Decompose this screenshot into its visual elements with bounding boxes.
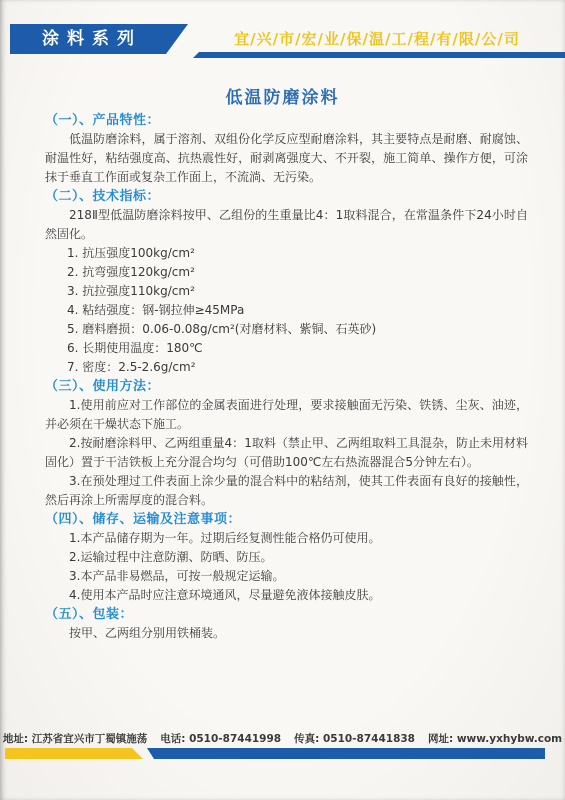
paragraph: 3.本产品非易燃品，可按一般规定运输。 xyxy=(45,567,528,586)
paragraph: 3.在预处理过工件表面上涂少量的混合料中的粘结剂，使其工件表面有良好的接触性，然… xyxy=(45,472,528,510)
spec-item: 2. 抗弯强度120kg/cm² xyxy=(67,263,528,282)
spec-item: 6. 长期使用温度：180℃ xyxy=(67,339,528,358)
paragraph: 1.使用前应对工作部位的金属表面进行处理，要求接触面无污染、铁锈、尘灰、油迹，并… xyxy=(45,396,528,434)
section-heading: （五）、包装： xyxy=(45,605,528,624)
document-page: 涂料系列 宜/兴/市/宏/业/保/温/工/程/有/限/公/司 低温防磨涂料 （一… xyxy=(0,0,565,800)
footer-fax: 传真: 0510-87441838 xyxy=(294,731,415,746)
spec-item: 5. 磨料磨损：0.06-0.08g/cm²(对磨材料、紫铜、石英砂) xyxy=(67,320,528,339)
section-usage-instructions: （三）、使用方法： 1.使用前应对工作部位的金属表面进行处理，要求接触面无污染、… xyxy=(45,377,528,510)
footer-phone: 电话: 0510-87441998 xyxy=(160,731,281,746)
paragraph: 2.按耐磨涂料甲、乙两组重量4：1取料（禁止甲、乙两组取料工具混杂，防止未用材料… xyxy=(45,434,528,472)
section-heading: （二）、技术指标： xyxy=(45,187,528,206)
spec-item: 1. 抗压强度100kg/cm² xyxy=(67,244,528,263)
spec-item: 4. 粘结强度：钢-钢拉伸≥45MPa xyxy=(67,301,528,320)
section-heading: （四）、储存、运输及注意事项： xyxy=(45,510,528,529)
paragraph: 218Ⅱ型低温防磨涂料按甲、乙组份的生重量比4：1取料混合，在常温条件下24小时… xyxy=(45,206,528,244)
footer-bar-yellow xyxy=(5,748,143,759)
spec-item: 7. 密度：2.5-2.6g/cm² xyxy=(67,358,528,377)
paragraph: 4.使用本产品时应注意环境通风，尽量避免液体接触皮肤。 xyxy=(45,586,528,605)
footer-bar xyxy=(0,748,565,759)
section-heading: （三）、使用方法： xyxy=(45,377,528,396)
footer-contact: 地址: 江苏省宜兴市丁蜀镇施荡 电话: 0510-87441998 传真: 05… xyxy=(0,731,565,746)
series-badge: 涂料系列 xyxy=(10,24,188,54)
page-title: 低温防磨涂料 xyxy=(0,83,565,108)
paragraph: 低温防磨涂料，属于溶剂、双组份化学反应型耐磨涂料，其主要特点是耐磨、耐腐蚀、耐温… xyxy=(45,130,528,187)
footer-bar-blue xyxy=(147,748,545,759)
section-storage-transport: （四）、储存、运输及注意事项： 1.本产品储存期为一年。过期后经复测性能合格仍可… xyxy=(45,510,528,605)
paragraph: 1.本产品储存期为一年。过期后经复测性能合格仍可使用。 xyxy=(45,529,528,548)
section-product-features: （一）、产品特性： 低温防磨涂料，属于溶剂、双组份化学反应型耐磨涂料，其主要特点… xyxy=(45,111,528,187)
spec-item: 3. 抗拉强度110kg/cm² xyxy=(67,282,528,301)
document-body: （一）、产品特性： 低温防磨涂料，属于溶剂、双组份化学反应型耐磨涂料，其主要特点… xyxy=(45,111,528,643)
footer-address: 地址: 江苏省宜兴市丁蜀镇施荡 xyxy=(3,731,147,746)
header-rule xyxy=(193,52,565,58)
section-technical-specs: （二）、技术指标： 218Ⅱ型低温防磨涂料按甲、乙组份的生重量比4：1取料混合，… xyxy=(45,187,528,377)
paragraph: 按甲、乙两组分别用铁桶装。 xyxy=(45,624,528,643)
section-packaging: （五）、包装： 按甲、乙两组分别用铁桶装。 xyxy=(45,605,528,643)
footer-website: 网址: www.yxhybw.com xyxy=(428,731,562,746)
company-name: 宜/兴/市/宏/业/保/温/工/程/有/限/公/司 xyxy=(218,28,536,50)
series-badge-label: 涂料系列 xyxy=(42,29,142,49)
section-heading: （一）、产品特性： xyxy=(45,111,528,130)
paragraph: 2.运输过程中注意防潮、防晒、防压。 xyxy=(45,548,528,567)
